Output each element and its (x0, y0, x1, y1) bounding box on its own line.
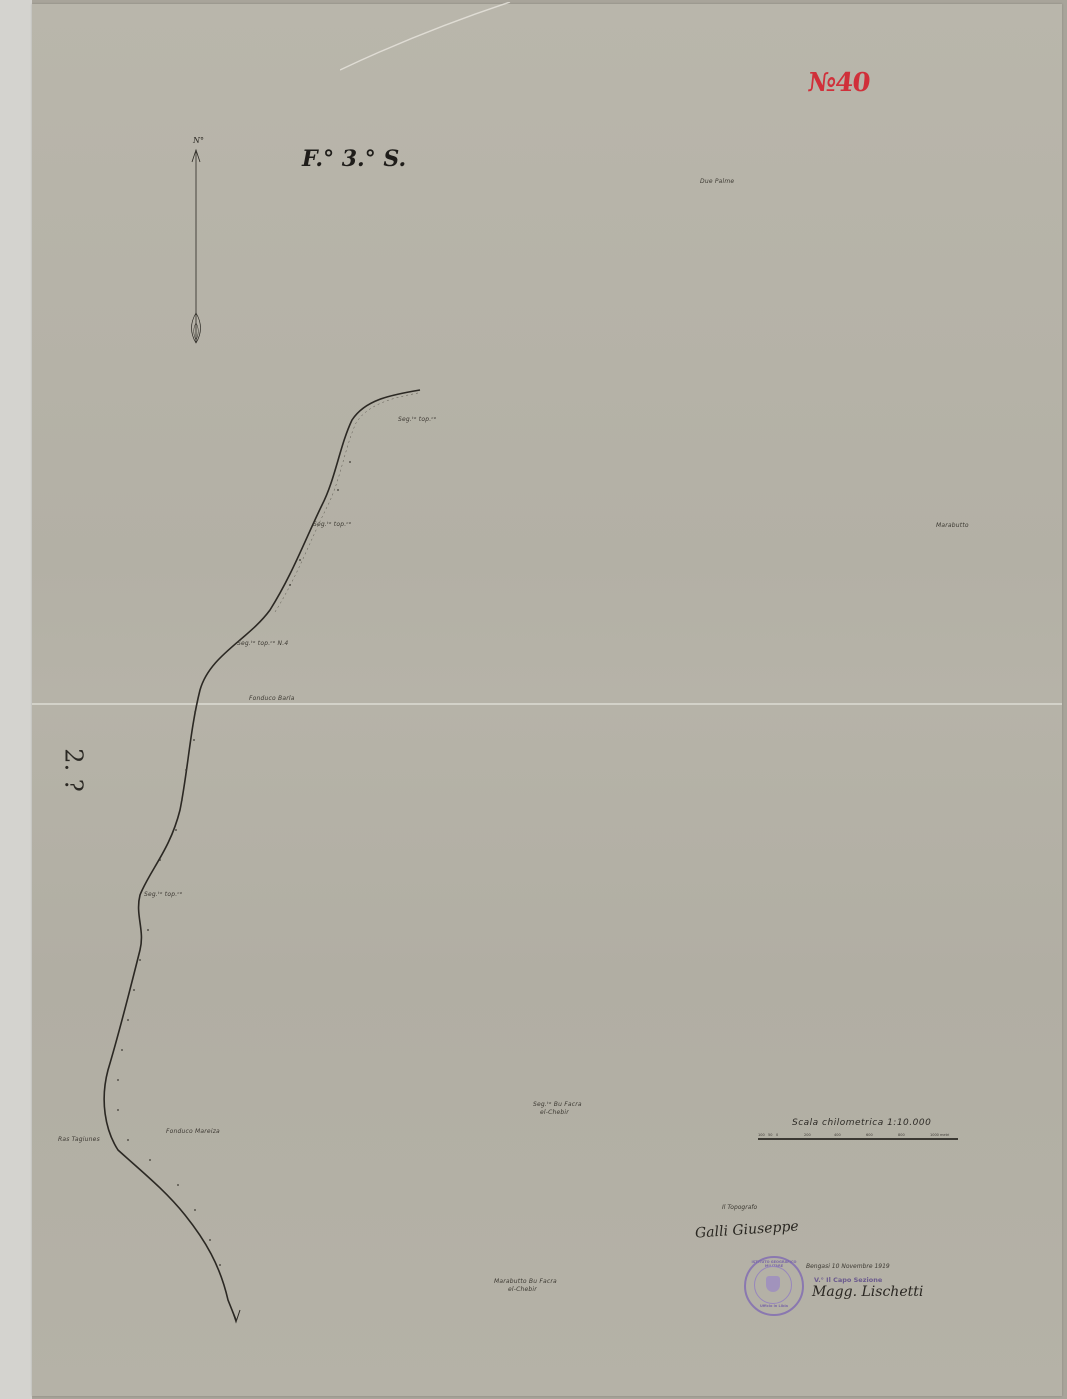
scale-line (758, 1138, 958, 1140)
scale-tick: 800 (898, 1133, 905, 1137)
label-segnale-bu-facra: Seg.ᵗᵒ Bu Facra (533, 1101, 582, 1108)
institute-seal-icon: ISTITUTO GEOGRAFICO MILITARE Ufficio in … (744, 1256, 804, 1316)
crest-icon (766, 1276, 780, 1292)
topografo-label: Il Topografo (722, 1204, 757, 1211)
capo-sezione-signature: Magg. Lischetti (812, 1284, 923, 1300)
scale-tick: 400 (834, 1133, 841, 1137)
scale-tick: 0 (776, 1133, 778, 1137)
side-annotation: 2. ? (60, 748, 88, 791)
label-marabutto: Marabutto (936, 522, 969, 529)
label-marabutto-bu-facra: Marabutto Bu Facra (494, 1278, 557, 1285)
sheet-id-title: F.° 3.° S. (302, 146, 406, 172)
seal-text-bottom: Ufficio in Libia (746, 1304, 802, 1308)
label-segnale-topografico: Seg.ᵗᵒ top.ᶜᵒ (313, 521, 351, 528)
label-el-chebir: el-Chebir (508, 1286, 537, 1293)
sheet-number-stamp: №40 (806, 68, 871, 98)
capo-sezione-label: V.° Il Capo Sezione (814, 1276, 882, 1284)
scale-tick: 100 (758, 1133, 765, 1137)
place-date: Bengasi 10 Novembre 1919 (806, 1263, 890, 1270)
label-el-chebir: el-Chebir (540, 1109, 569, 1116)
scale-tick: 200 (804, 1133, 811, 1137)
scale-bar: 100 50 0 200 400 600 800 1000 metri (758, 1134, 958, 1144)
label-due-palme: Due Palme (700, 178, 734, 185)
label-segnale-topografico-n4: Seg.ᵗᵒ top.ᶜᵒ N.4 (237, 640, 288, 647)
scale-title: Scala chilometrica 1:10.000 (792, 1118, 931, 1128)
label-segnale-topografico: Seg.ᵗᵒ top.ᶜᵒ (398, 416, 436, 423)
scale-tick: 1000 metri (930, 1133, 949, 1137)
label-ras-tagiunes: Ras Tagiunes (58, 1136, 100, 1143)
label-fonduco-mareiza: Fonduco Mareiza (166, 1128, 220, 1135)
coastline (0, 0, 1067, 1399)
scale-tick: 50 (768, 1133, 772, 1137)
label-segnale-topografico: Seg.ᵗᵒ top.ᶜᵒ (144, 891, 182, 898)
north-arrow-icon (184, 138, 210, 358)
scale-tick: 600 (866, 1133, 873, 1137)
label-fonduco-barla: Fonduco Barla (249, 695, 295, 702)
